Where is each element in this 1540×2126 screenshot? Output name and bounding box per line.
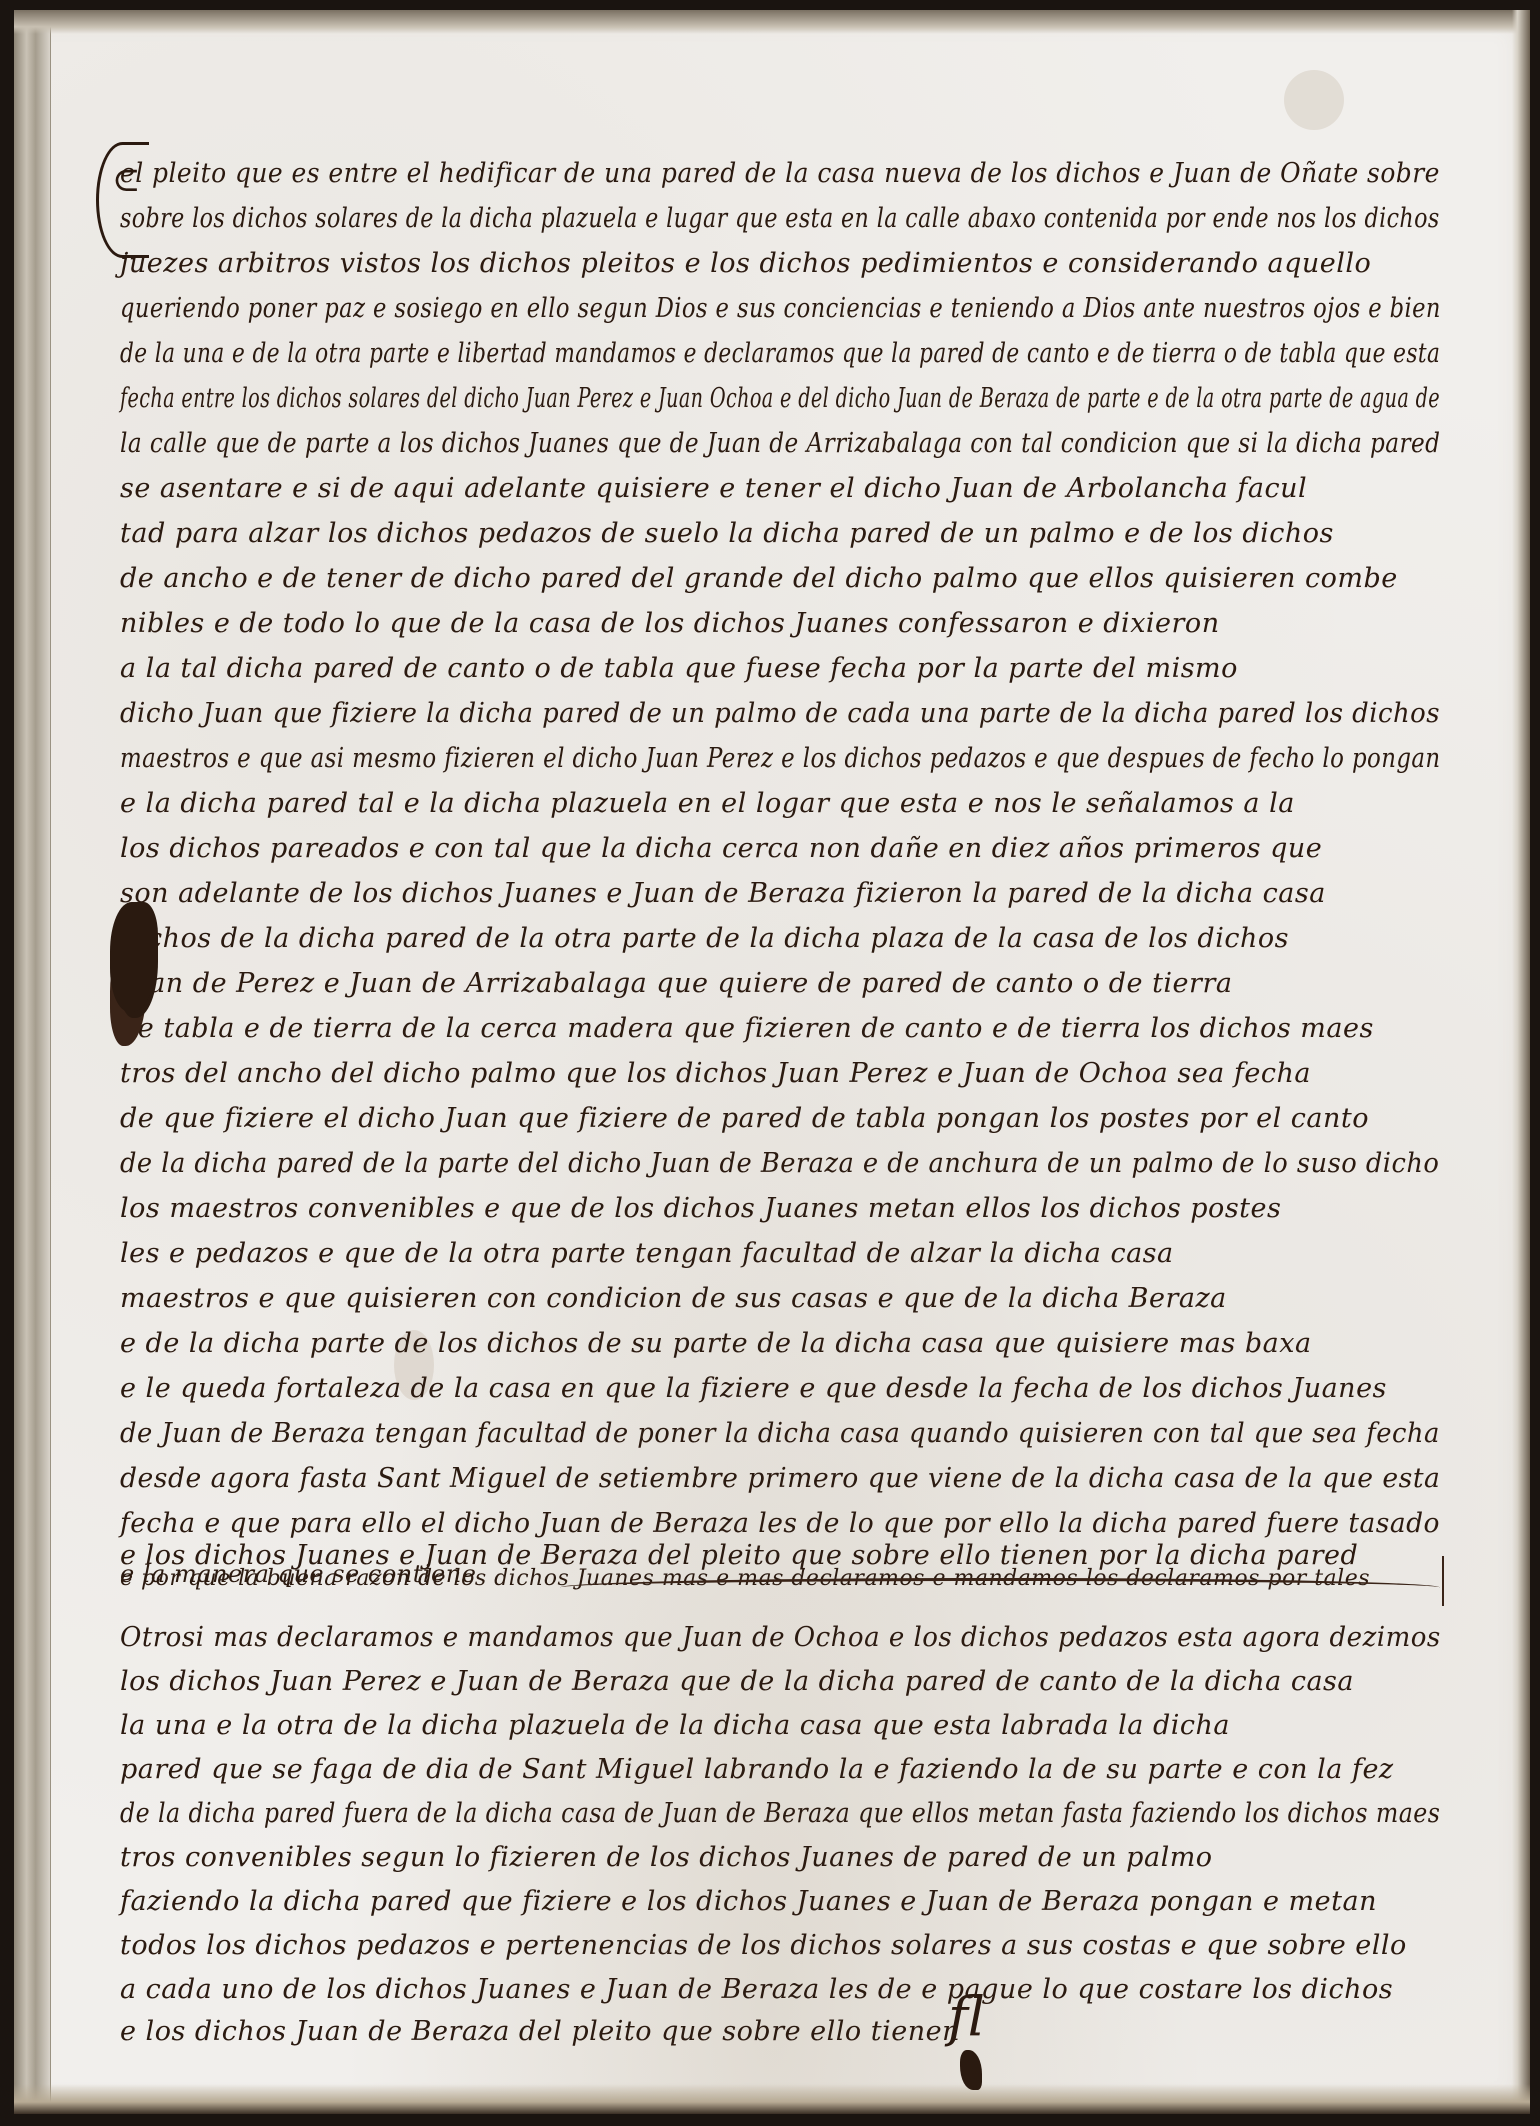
manuscript-line: tad para alzar los dichos pedazos de sue… — [120, 518, 1334, 549]
manuscript-line: fecha entre los dichos solares del dicho… — [120, 383, 1440, 414]
manuscript-line: de la una e de la otra parte e libertad … — [120, 338, 1440, 369]
manuscript-line: se asentare e si de aqui adelante quisie… — [120, 473, 1307, 504]
manuscript-line: tros del ancho del dicho palmo que los d… — [120, 1058, 1311, 1089]
manuscript-line: les e pedazos e que de la otra parte ten… — [120, 1238, 1174, 1269]
manuscript-line: la una e la otra de la dicha plazuela de… — [120, 1710, 1230, 1741]
manuscript-line: e la dicha pared tal e la dicha plazuela… — [120, 788, 1295, 819]
line-filler-flourish — [560, 1578, 1440, 1597]
manuscript-line: los dichos pareados e con tal que la dic… — [120, 833, 1322, 864]
manuscript-line: de ancho e de tener de dicho pared del g… — [120, 563, 1398, 594]
manuscript-line: sobre los dichos solares de la dicha pla… — [120, 203, 1440, 234]
manuscript-line: e los dichos Juan de Beraza del pleito q… — [120, 2016, 960, 2047]
binding-edge — [14, 10, 51, 2114]
bottom-edge — [14, 2084, 1530, 2114]
manuscript-line: fechos de la dicha pared de la otra part… — [120, 923, 1289, 954]
manuscript-line: e le queda fortaleza de la casa en que l… — [120, 1373, 1387, 1404]
manuscript-line: Otrosi mas declaramos e mandamos que Jua… — [120, 1622, 1441, 1653]
paper-stain — [1284, 70, 1344, 130]
manuscript-line: la calle que de parte a los dichos Juane… — [120, 428, 1440, 459]
manuscript-line: son adelante de los dichos Juanes e Juan… — [120, 878, 1326, 909]
top-edge — [14, 10, 1530, 34]
manuscript-line-end: e la manera que se contiene — [120, 1560, 476, 1588]
manuscript-line: desde agora fasta Sant Miguel de setiemb… — [120, 1463, 1440, 1494]
manuscript-line: de Juan de Beraza tengan facultad de pon… — [120, 1418, 1440, 1449]
manuscript-line: e de la dicha parte de los dichos de su … — [120, 1328, 1312, 1359]
manuscript-line: fecha e que para ello el dicho Juan de B… — [120, 1508, 1440, 1539]
manuscript-line: de tabla e de tierra de la cerca madera … — [120, 1013, 1374, 1044]
manuscript-line: maestros e que quisieren con condicion d… — [120, 1283, 1227, 1314]
manuscript-line: todos los dichos pedazos e pertenencias … — [120, 1930, 1407, 1961]
manuscript-line: Juan de Perez e Juan de Arrizabalaga que… — [120, 968, 1232, 999]
manuscript-line: los dichos Juan Perez e Juan de Beraza q… — [120, 1666, 1354, 1697]
manuscript-line: tros convenibles segun lo fizieren de lo… — [120, 1842, 1213, 1873]
manuscript-line: de que fiziere el dicho Juan que fiziere… — [120, 1103, 1369, 1134]
manuscript-line: juezes arbitros vistos los dichos pleito… — [120, 248, 1371, 279]
manuscript-line: pared que se faga de dia de Sant Miguel … — [120, 1754, 1394, 1785]
manuscript-line: los maestros convenibles e que de los di… — [120, 1193, 1281, 1224]
manuscript-line: nibles e de todo lo que de la casa de lo… — [120, 608, 1220, 639]
manuscript-line: el pleito que es entre el hedificar de u… — [120, 158, 1440, 189]
manuscript-line: faziendo la dicha pared que fiziere e lo… — [120, 1886, 1377, 1917]
notary-rubric: fl — [948, 1985, 984, 2048]
manuscript-line: de la dicha pared fuera de la dicha casa… — [120, 1798, 1440, 1829]
manuscript-line: a cada uno de los dichos Juanes e Juan d… — [120, 1974, 1393, 2005]
manuscript-line: de la dicha pared de la parte del dicho … — [120, 1148, 1439, 1179]
right-edge — [1512, 10, 1530, 2114]
manuscript-line: a la tal dicha pared de canto o de tabla… — [120, 653, 1238, 684]
line-filler-end — [1436, 1556, 1444, 1606]
manuscript-line: dicho Juan que fiziere la dicha pared de… — [120, 698, 1440, 729]
manuscript-line: maestros e que asi mesmo fizieren el dic… — [120, 743, 1441, 774]
manuscript-line: queriendo poner paz e sosiego en ello se… — [120, 293, 1441, 324]
